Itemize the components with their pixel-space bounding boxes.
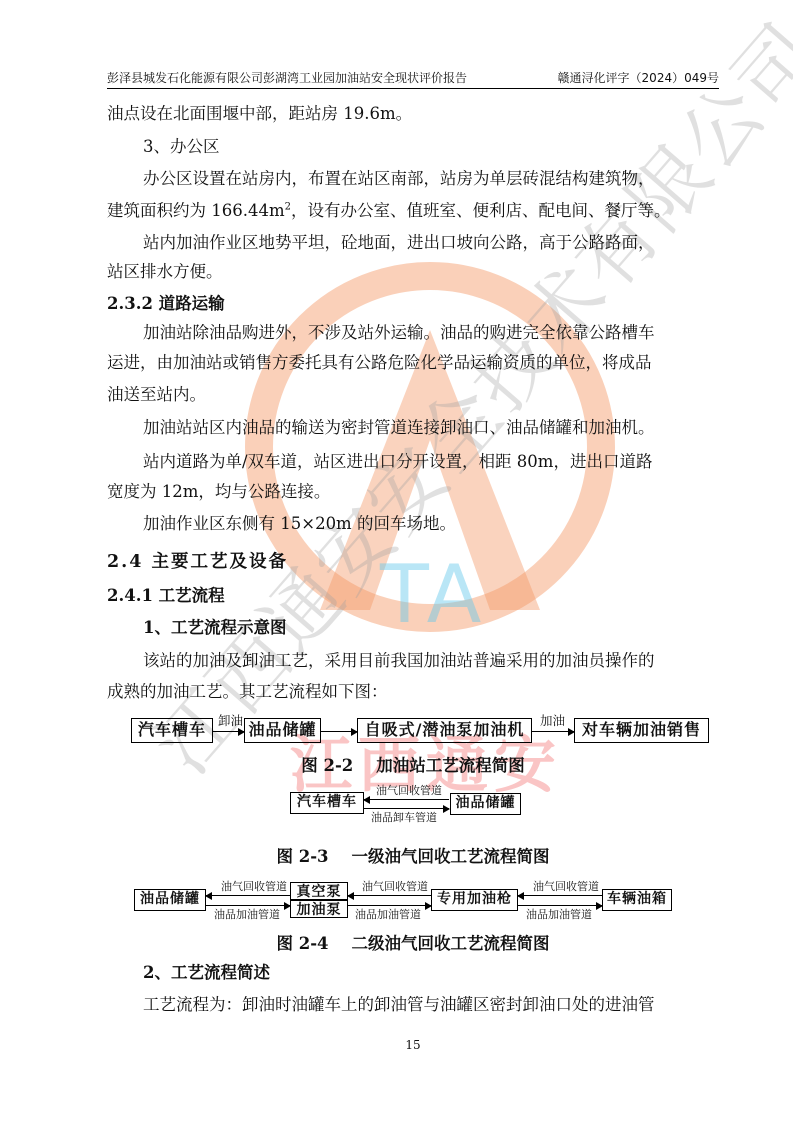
header-title: 彭泽县城发石化能源有限公司彭湖湾工业园加油站安全现状评价报告: [107, 68, 467, 88]
arrow-right-icon: [364, 808, 449, 809]
flow-box: 油品储罐: [244, 718, 321, 743]
paragraph: 该站的加油及卸油工艺，采用目前我国加油站普遍采用的加油员操作的: [107, 651, 719, 671]
flow-box-fuel-pump: 加油泵: [290, 900, 348, 918]
paragraph: 加油作业区东侧有 15×20m 的回车场地。: [107, 514, 719, 534]
pipe-label: 油气回收管道: [221, 881, 287, 893]
page-header: 彭泽县城发石化能源有限公司彭湖湾工业园加油站安全现状评价报告 赣通浔化评字（20…: [107, 68, 719, 89]
paragraph: 油送至站内。: [107, 385, 719, 405]
pipe-label: 油气回收管道: [362, 881, 428, 893]
figure-caption-2-3: 图 2-3 一级油气回收工艺流程简图: [107, 843, 719, 867]
paragraph: 油点设在北面围堰中部，距站房 19.6m。: [107, 104, 719, 124]
paragraph: 办公区设置在站房内，布置在站区南部，站房为单层砖混结构建筑物，: [107, 169, 719, 189]
paragraph: 加油站站区内油品的输送为密封管道连接卸油口、油品储罐和加油机。: [107, 418, 719, 438]
paragraph: 运进，由加油站或销售方委托具有公路危险化学品运输资质的单位，将成品: [107, 353, 719, 373]
subheading-flow-description: 2、工艺流程简述: [107, 963, 719, 983]
arrow-label: 卸油: [218, 715, 243, 727]
paragraph: 建筑面积约为 166.44m2，设有办公室、值班室、便利店、配电间、餐厅等。: [107, 201, 719, 221]
flow-box: 专用加油枪: [431, 889, 518, 911]
flow-box: 油品储罐: [134, 889, 206, 911]
section-heading-2-4-1: 2.4.1 工艺流程: [107, 586, 719, 606]
watermark-ring: [245, 262, 615, 632]
paragraph: 宽度为 12m，均与公路连接。: [107, 482, 719, 502]
paragraph: 站内道路为单/双车道，站区进出口分开设置，相距 80m，进出口道路: [107, 452, 719, 472]
paragraph: 站内加油作业区地势平坦，砼地面，进出口坡向公路，高于公路路面，: [107, 233, 719, 253]
section-heading-2-3-2: 2.3.2 道路运输: [107, 294, 719, 314]
flow-box: 自吸式/潜油泵加油机: [357, 718, 532, 743]
pipe-label: 油品加油管道: [355, 909, 421, 921]
header-doc-number: 赣通浔化评字（2024）049号: [558, 68, 719, 88]
arrow-right-icon: [321, 731, 357, 732]
flow-box: 汽车槽车: [131, 718, 213, 743]
arrow-right-icon: [206, 905, 290, 906]
pipe-label: 油气回收管道: [533, 881, 599, 893]
section-heading-2-4: 2.4 主要工艺及设备: [107, 552, 719, 572]
text-span: 建筑面积约为 166.44m: [107, 201, 285, 220]
flow-box-vacuum-pump: 真空泵: [290, 882, 348, 900]
arrow-right-icon: [348, 905, 431, 906]
paragraph: 站区排水方便。: [107, 262, 719, 282]
figure-caption-2-4: 图 2-4 二级油气回收工艺流程简图: [107, 930, 719, 954]
arrow-left-icon: [206, 895, 290, 896]
document-page: TA 江西通安 江西通安安全技术有限公司 彭泽县城发石化能源有限公司彭湖湾工业园…: [0, 0, 793, 1122]
page-number: 15: [107, 1038, 719, 1052]
arrow-label: 加油: [540, 715, 565, 727]
paragraph: 工艺流程为：卸油时油罐车上的卸油管与油罐区密封卸油口处的进油管: [107, 995, 719, 1015]
subheading-flow-diagram: 1、工艺流程示意图: [107, 618, 719, 638]
flow-box: 汽车槽车: [290, 792, 364, 814]
pipe-label: 油气回收管道: [376, 785, 442, 797]
paragraph: 加油站除油品购进外，不涉及站外运输。油品的购进完全依靠公路槽车: [107, 323, 719, 343]
flow-box: 对车辆加油销售: [574, 718, 709, 743]
arrow-right-icon: [518, 905, 602, 906]
text-span: ，设有办公室、值班室、便利店、配电间、餐厅等。: [291, 201, 671, 220]
arrow-left-icon: [364, 799, 449, 800]
arrow-right-icon: [532, 731, 574, 732]
arrow-right-icon: [213, 731, 244, 732]
arrow-left-icon: [518, 895, 602, 896]
pipe-label: 油品卸车管道: [371, 812, 437, 824]
paragraph: 成熟的加油工艺。其工艺流程如下图：: [107, 682, 719, 702]
arrow-left-icon: [348, 895, 431, 896]
subheading-office: 3、办公区: [107, 137, 719, 157]
figure-caption-2-2: 图 2-2 加油站工艺流程简图: [107, 752, 719, 776]
pipe-label: 油品加油管道: [214, 909, 280, 921]
flow-box: 油品储罐: [450, 793, 521, 815]
pipe-label: 油品加油管道: [526, 909, 592, 921]
flow-box: 车辆油箱: [602, 889, 672, 911]
